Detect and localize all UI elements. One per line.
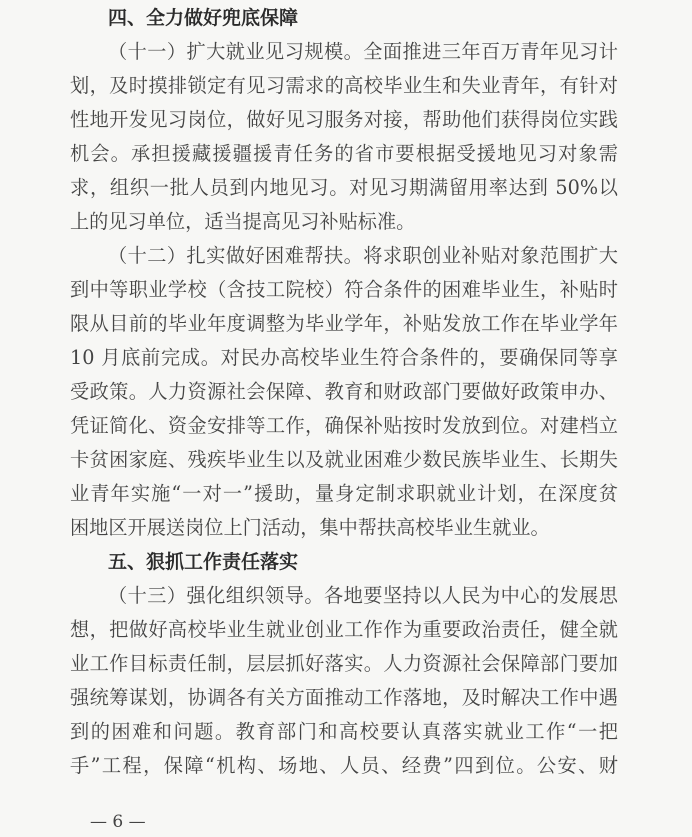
paragraph-12-line-9: 困地区开展送岗位上门活动，集中帮扶高校毕业生就业。 [70,516,618,540]
paragraph-11-line-2: 划，及时摸排锁定有见习需求的高校毕业生和失业青年，有针对 [70,74,618,98]
paragraph-13-line-2: 想，把做好高校毕业生就业创业工作作为重要政治责任，健全就 [70,618,618,642]
paragraph-12-line-5: 受政策。人力资源社会保障、教育和财政部门要做好政策申办、 [70,380,618,404]
section-heading-4: 四、全力做好兜底保障 [108,6,298,30]
paragraph-12-line-6: 凭证简化、资金安排等工作，确保补贴按时发放到位。对建档立 [70,414,618,438]
paragraph-12-line-4: 10 月底前完成。对民办高校毕业生符合条件的，要确保同等享 [70,346,618,370]
paragraph-13-line-4: 强统筹谋划，协调各有关方面推动工作落地，及时解决工作中遇 [70,686,618,710]
paragraph-11-line-1: （十一）扩大就业见习规模。全面推进三年百万青年见习计 [108,40,618,64]
paragraph-12-line-7: 卡贫困家庭、残疾毕业生以及就业困难少数民族毕业生、长期失 [70,448,618,472]
paragraph-13-line-1: （十三）强化组织领导。各地要坚持以人民为中心的发展思 [108,584,618,608]
paragraph-12-line-2: 到中等职业学校（含技工院校）符合条件的困难毕业生，补贴时 [70,278,618,302]
paragraph-13-line-3: 业工作目标责任制，层层抓好落实。人力资源社会保障部门要加 [70,652,618,676]
paragraph-11-line-4: 机会。承担援藏援疆援青任务的省市要根据受援地见习对象需 [70,142,618,166]
paragraph-12-line-1: （十二）扎实做好困难帮扶。将求职创业补贴对象范围扩大 [108,244,618,268]
paragraph-11-line-3: 性地开发见习岗位，做好见习服务对接，帮助他们获得岗位实践 [70,108,618,132]
paragraph-13-line-6: 手”工程，保障“机构、场地、人员、经费”四到位。公安、财 [70,754,618,778]
paragraph-13-line-5: 到的困难和问题。教育部门和高校要认真落实就业工作“一把 [70,720,618,744]
section-heading-5: 五、狠抓工作责任落实 [108,550,298,574]
paragraph-12-line-8: 业青年实施“一对一”援助，量身定制求职就业计划，在深度贫 [70,482,618,506]
paragraph-12-line-3: 限从目前的毕业年度调整为毕业学年，补贴发放工作在毕业学年 [70,312,618,336]
document-page: 四、全力做好兜底保障 （十一）扩大就业见习规模。全面推进三年百万青年见习计 划，… [0,0,692,837]
paragraph-11-line-6: 上的见习单位，适当提高见习补贴标准。 [70,210,618,234]
page-number: — 6 — [90,812,146,832]
paragraph-11-line-5: 求，组织一批人员到内地见习。对见习期满留用率达到 50%以 [70,176,618,200]
